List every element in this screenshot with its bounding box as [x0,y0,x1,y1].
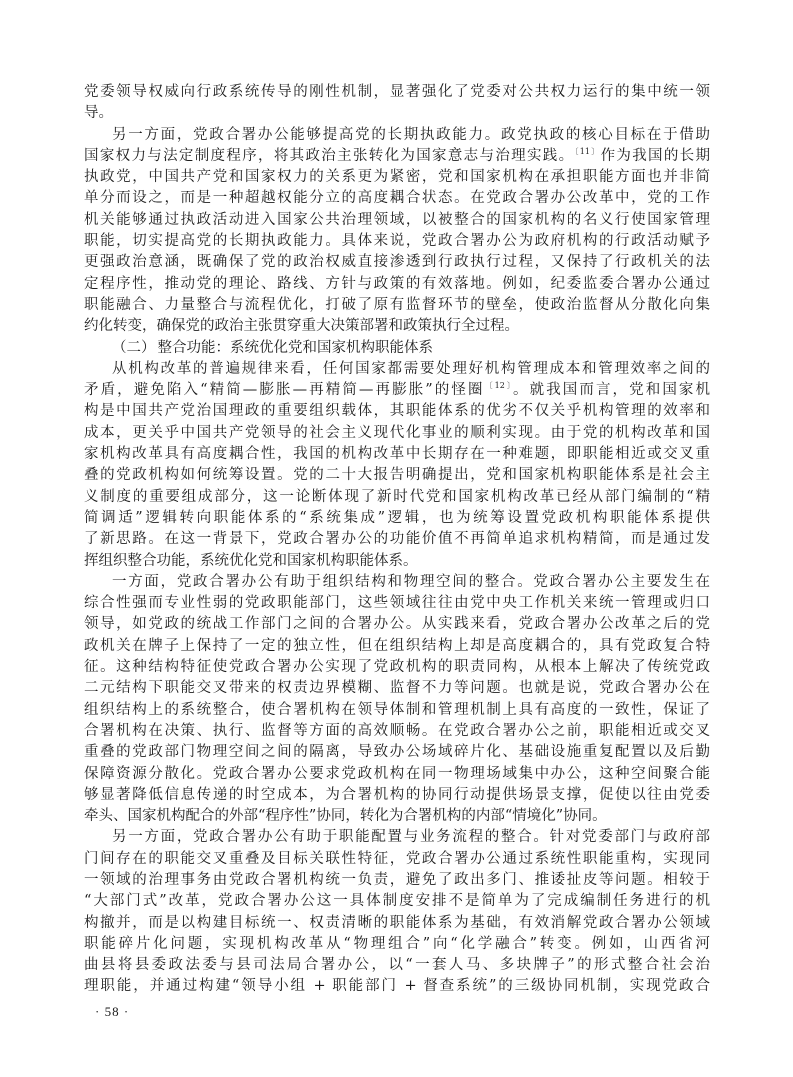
text-line: 职能，切实提高党的长期执政能力。具体来说，党政合署办公为政府机构的行政活动赋予 [84,231,710,252]
text-line: 一方面，党政合署办公有助于组织结构和物理空间的整合。党政合署办公主要发生在 [84,572,710,593]
text-line: 合署机构在决策、执行、监督等方面的高效顺畅。在党政合署办公之前，职能相近或交叉 [84,721,710,742]
text-line: 约化转变，确保党的政治主张贯穿重大决策部署和政策执行全过程。 [84,316,710,337]
text-line: 家机构改革具有高度耦合性，我国的机构改革中长期存在一种难题，即职能相近或交叉重 [84,444,710,465]
text-line: 构是中国共产党治国理政的重要组织载体，其职能体系的优劣不仅关乎机构管理的效率和 [84,401,710,422]
section-title: 整合功能：系统优化党和国家机构职能体系 [158,340,434,356]
text-segment: 国家权力与法定制度程序，将其政治主张转化为国家意志与治理实践。 [84,148,574,164]
text-line: 政机关在牌子上保持了一定的独立性，但在组织结构上却是高度耦合的，具有党政复合特 [84,636,710,657]
document-page: 党委领导权威向行政系统传导的刚性机制，显著强化了党委对公共权力运行的集中统一领 … [0,0,793,1077]
body-text: 党委领导权威向行政系统传导的刚性机制，显著强化了党委对公共权力运行的集中统一领 … [84,82,710,998]
text-line: 门间存在的职能交叉重叠及目标关联性特征，党政合署办公通过系统性职能重构，实现同 [84,849,710,870]
text-line: 定程序性，推动党的理论、路线、方针与政策的有效落地。例如，纪委监委合署办公通过 [84,274,710,295]
paragraph: 一方面，党政合署办公有助于组织结构和物理空间的整合。党政合署办公主要发生在 综合… [84,572,710,828]
text-line: 理职能，并通过构建“领导小组 + 职能部门 + 督查系统”的三级协同机制，实现党… [84,976,710,997]
text-line: 另一方面，党政合署办公能够提高党的长期执政能力。政党执政的核心目标在于借助 [84,125,710,146]
citation-ref: 〔12〕 [485,381,513,390]
text-line: 更强政治意涵，既确保了党的政治权威直接渗透到行政执行过程，又保持了行政机关的法 [84,252,710,273]
text-line: 领导，如党政的统战工作部门之间的合署办公。从实践来看，党政合署办公改革之后的党 [84,614,710,635]
paragraph: 从机构改革的普遍规律来看，任何国家都需要处理好机构管理成本和管理效率之间的 矛盾… [84,359,710,572]
text-line: 另一方面，党政合署办公有助于职能配置与业务流程的整合。针对党委部门与政府部 [84,827,710,848]
text-line: 简调适”逻辑转向职能体系的“系统集成”逻辑，也为统筹设置党政机构职能体系提供 [84,508,710,529]
text-line: “大部门式”改革，党政合署办公这一具体制度安排不是简单为了完成编制任务进行的机 [84,891,710,912]
text-line: 导。 [84,103,710,124]
text-line: 义制度的重要组成部分，这一论断体现了新时代党和国家机构改革已经从部门编制的“精 [84,487,710,508]
text-line: 单分而设之，而是一种超越权能分立的高度耦合状态。在党政合署办公改革中，党的工作 [84,188,710,209]
text-line: 叠的党政机构如何统筹设置。党的二十大报告明确提出，党和国家机构职能体系是社会主 [84,465,710,486]
section-number: （二） [112,340,156,356]
text-line: 一领域的治理事务由党政合署机构统一负责，避免了政出多门、推诿扯皮等问题。相较于 [84,870,710,891]
text-line: 牵头、国家机构配合的外部“程序性”协同，转化为合署机构的内部“情境化”协同。 [84,806,710,827]
text-line: 职能融合、力量整合与流程优化，打破了原有监督环节的壁垒，使政治监督从分散化向集 [84,295,710,316]
text-line: 了新思路。在这一背景下，党政合署办公的功能价值不再简单追求机构精简，而是通过发 [84,529,710,550]
text-segment: 。就我国而言，党和国家机 [513,382,710,398]
text-line: 曲县将县委政法委与县司法局合署办公，以“一套人马、多块牌子”的形式整合社会治 [84,955,710,976]
text-line: 够显著降低信息传递的时空成本，为合署机构的协同行动提供场景支撑，促使以往由党委 [84,785,710,806]
text-line: 征。这种结构特征使党政合署办公实现了党政机构的职责同构，从根本上解决了传统党政 [84,657,710,678]
text-line: 挥组织整合功能，系统优化党和国家机构职能体系。 [84,551,710,572]
text-line: 执政党，中国共产党和国家权力的关系更为紧密，党和国家机构在承担职能方面也并非简 [84,167,710,188]
citation-ref: 〔11〕 [574,147,600,156]
text-line: 成本，更关乎中国共产党领导的社会主义现代化事业的顺利实现。由于党的机构改革和国 [84,423,710,444]
text-line: 职能碎片化问题，实现机构改革从“物理组合”向“化学融合”转变。例如，山西省河 [84,934,710,955]
text-line: 综合性强而专业性弱的党政职能部门，这些领域往往由党中央工作机关来统一管理或归口 [84,593,710,614]
text-line: 从机构改革的普遍规律来看，任何国家都需要处理好机构管理成本和管理效率之间的 [84,359,710,380]
text-line: 二元结构下职能交叉带来的权责边界模糊、监督不力等问题。也就是说，党政合署办公在 [84,678,710,699]
text-segment: 矛盾，避免陷入“精简—膨胀—再精简—再膨胀”的怪圈 [84,382,485,398]
text-line: 保障资源分散化。党政合署办公要求党政机构在同一物理场域集中办公，这种空间聚合能 [84,764,710,785]
text-line: 党委领导权威向行政系统传导的刚性机制，显著强化了党委对公共权力运行的集中统一领 [84,82,710,103]
section-heading: （二）整合功能：系统优化党和国家机构职能体系 [84,338,710,359]
paragraph: 另一方面，党政合署办公能够提高党的长期执政能力。政党执政的核心目标在于借助 国家… [84,125,710,338]
page-number: · 58 · [95,1001,129,1022]
text-segment: 作为我国的长期 [601,148,710,164]
paragraph-continuation: 党委领导权威向行政系统传导的刚性机制，显著强化了党委对公共权力运行的集中统一领 … [84,82,710,125]
paragraph: 另一方面，党政合署办公有助于职能配置与业务流程的整合。针对党委部门与政府部 门间… [84,827,710,997]
text-line: 国家权力与法定制度程序，将其政治主张转化为国家意志与治理实践。〔11〕作为我国的… [84,146,710,167]
text-line: 构撤并，而是以构建目标统一、权责清晰的职能体系为基础，有效消解党政合署办公领域 [84,913,710,934]
text-line: 组织结构上的系统整合，使合署机构在领导体制和管理机制上具有高度的一致性，保证了 [84,700,710,721]
text-line: 矛盾，避免陷入“精简—膨胀—再精简—再膨胀”的怪圈〔12〕。就我国而言，党和国家… [84,380,710,401]
text-line: 机关能够通过执政活动进入国家公共治理领域，以被整合的国家机构的名义行使国家管理 [84,210,710,231]
text-line: 重叠的党政部门物理空间之间的隔离，导致办公场域碎片化、基础设施重复配置以及后勤 [84,742,710,763]
